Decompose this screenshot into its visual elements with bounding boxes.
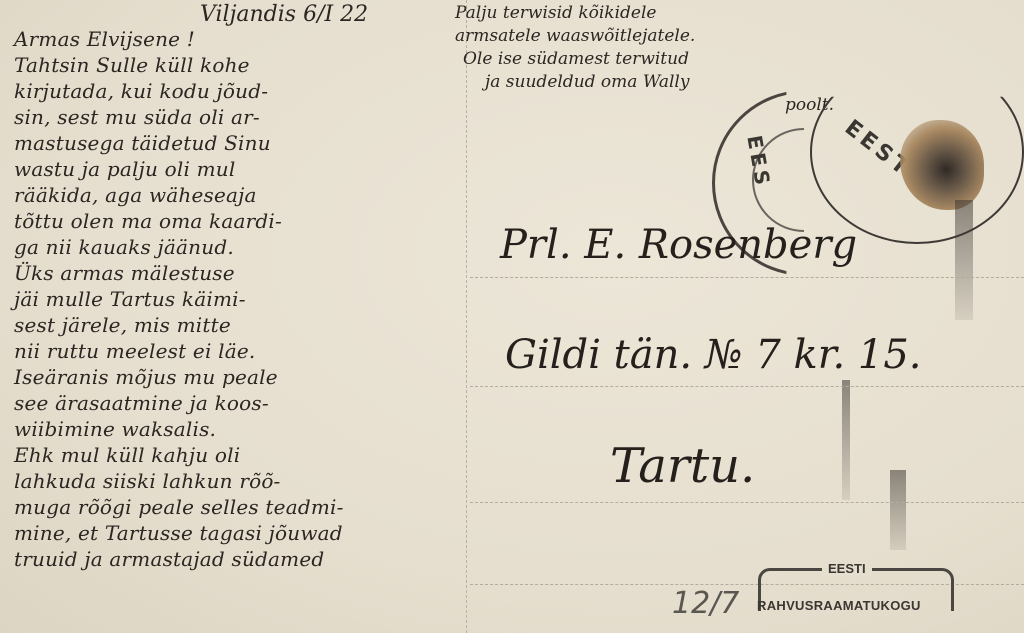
message-line: muga rõõgi peale selles teadmi- bbox=[14, 494, 484, 520]
margin-line: ja suudeldud oma Wally bbox=[455, 71, 875, 94]
postcard-back: Viljandis 6/I 22 Armas Elvijsene ! Tahts… bbox=[0, 0, 1024, 633]
margin-line: armsatele waaswõitlejatele. bbox=[455, 25, 875, 48]
message-line: tõttu olen ma oma kaardi- bbox=[14, 208, 484, 234]
message-line: truuid ja armastajad südamed bbox=[14, 546, 484, 572]
message-line: ga nii kauaks jäänud. bbox=[14, 234, 484, 260]
library-stamp-bottom: RAHVUSRAAMATUKOGU bbox=[757, 598, 921, 613]
message-line: sest järele, mis mitte bbox=[14, 312, 484, 338]
message-line: mastusega täidetud Sinu bbox=[14, 130, 484, 156]
address-rule bbox=[470, 277, 1024, 278]
message-line: wastu ja palju oli mul bbox=[14, 156, 484, 182]
ink-smear bbox=[842, 380, 850, 500]
message-line: jäi mulle Tartus käimi- bbox=[14, 286, 484, 312]
margin-greeting: Palju terwisid kõikidele armsatele waasw… bbox=[455, 2, 875, 117]
dateline: Viljandis 6/I 22 bbox=[200, 2, 368, 27]
recipient-street: Gildi tän. № 7 kr. 15. bbox=[505, 332, 922, 378]
message-line: lahkuda siiski lahkun rõõ- bbox=[14, 468, 484, 494]
margin-line: poolt. bbox=[455, 94, 875, 117]
margin-line: Ole ise südamest terwitud bbox=[455, 48, 875, 71]
message-line: kirjutada, kui kodu jõud- bbox=[14, 78, 484, 104]
message-line: sin, sest mu süda oli ar- bbox=[14, 104, 484, 130]
pencil-note: 12/7 bbox=[672, 586, 739, 621]
message-line: Iseäranis mõjus mu peale bbox=[14, 364, 484, 390]
message-body: Armas Elvijsene ! Tahtsin Sulle küll koh… bbox=[14, 26, 484, 572]
message-line: Üks armas mälestuse bbox=[14, 260, 484, 286]
message-line: wiibimine waksalis. bbox=[14, 416, 484, 442]
message-line: see ärasaatmine ja koos- bbox=[14, 390, 484, 416]
message-line: mine, et Tartusse tagasi jõuwad bbox=[14, 520, 484, 546]
message-line: nii ruttu meelest ei läe. bbox=[14, 338, 484, 364]
recipient-name: Prl. E. Rosenberg bbox=[500, 222, 857, 268]
message-line: Armas Elvijsene ! bbox=[14, 26, 484, 52]
message-line: Tahtsin Sulle küll kohe bbox=[14, 52, 484, 78]
library-stamp-top: EESTI bbox=[822, 561, 872, 576]
margin-line: Palju terwisid kõikidele bbox=[455, 2, 875, 25]
ink-smear bbox=[890, 470, 906, 550]
address-rule bbox=[470, 386, 1024, 387]
address-rule bbox=[470, 502, 1024, 503]
message-line: Ehk mul küll kahju oli bbox=[14, 442, 484, 468]
recipient-city: Tartu. bbox=[610, 438, 755, 494]
message-line: rääkida, aga wäheseaja bbox=[14, 182, 484, 208]
ink-smear bbox=[955, 200, 973, 320]
